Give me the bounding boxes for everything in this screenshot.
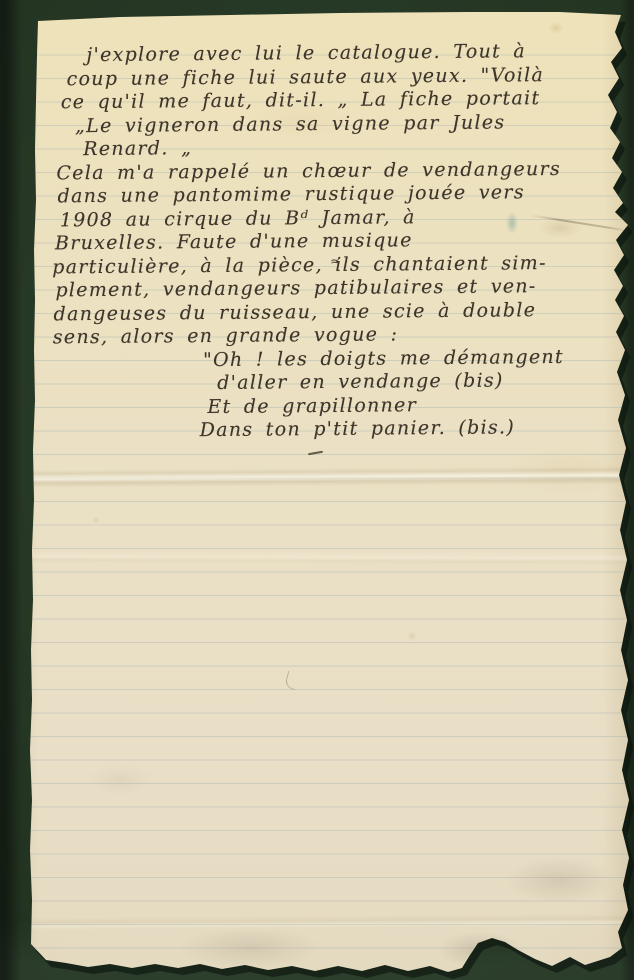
fold-crease-secondary — [0, 551, 634, 565]
handwriting-line: dangeuses du ruisseau, une scie à double — [54, 298, 601, 326]
manuscript-page: j'explore avec lui le catalogue. Tout à … — [0, 0, 634, 980]
handwriting-line: "Oh ! les doigts me démangent — [203, 345, 601, 372]
fold-crease-main — [0, 466, 634, 488]
handwriting-block: j'explore avec lui le catalogue. Tout à … — [50, 40, 601, 444]
interline-insertion-mark: ≈ — [329, 253, 341, 268]
handwriting-line: dans une pantomime rustique jouée vers — [57, 181, 599, 209]
handwriting-line: d'aller en vendange (bis) — [217, 369, 601, 396]
handwriting-line: Et de grapillonner — [207, 392, 601, 419]
handwriting-line: ce qu'il me faut, dit-il. „ La fiche por… — [61, 87, 599, 115]
scan-backdrop: j'explore avec lui le catalogue. Tout à … — [0, 0, 634, 980]
handwriting-line: Dans ton p'tit panier. (bis.) — [200, 416, 602, 443]
